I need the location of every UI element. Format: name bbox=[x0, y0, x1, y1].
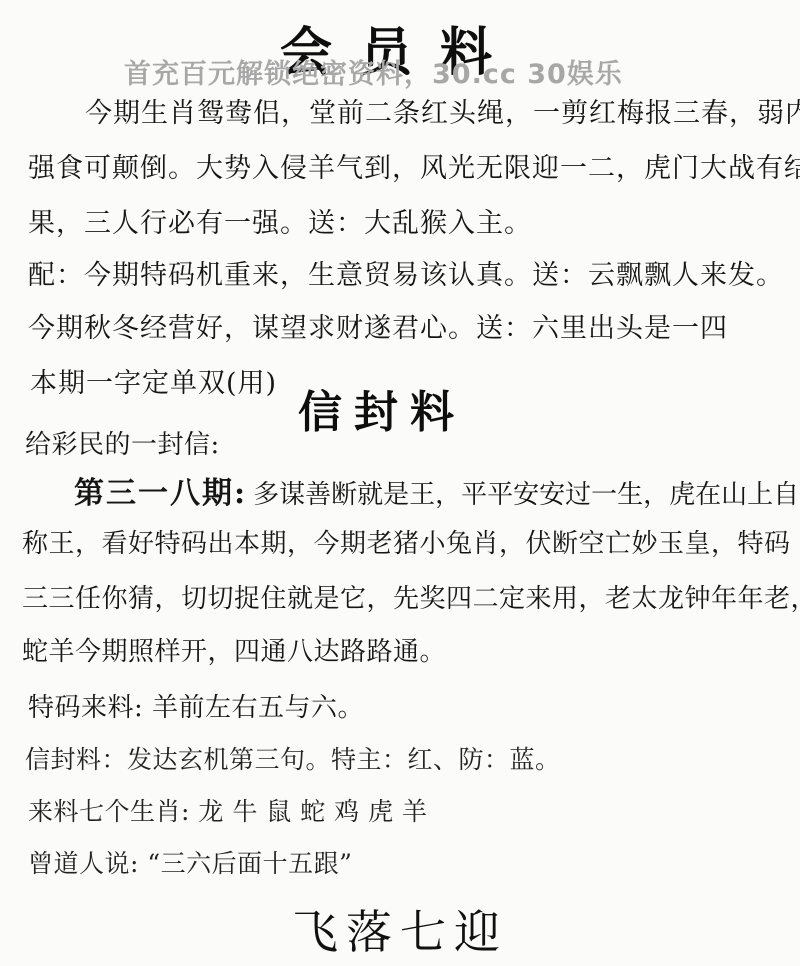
member-line: 今期生肖鸳鸯侣，堂前二条红头绳，一剪红梅报三春，弱内 bbox=[85, 91, 800, 130]
special-code-line: 特码来料: 羊前左右五与六。 bbox=[28, 687, 364, 724]
master-quote-line: 曾道人说: “三六后面十五跟” bbox=[28, 844, 352, 880]
footer-title: 飞落七迎 bbox=[0, 896, 800, 962]
member-line: 配：今期特码机重来，生意贸易该认真。送：云飘飘人来发。 bbox=[28, 253, 784, 292]
issue-text: 多谋善断就是王，平平安安过一生，虎在山上自 bbox=[253, 480, 799, 510]
member-line: 强食可颠倒。大势入侵羊气到，风光无限迎一二，虎门大战有结 bbox=[28, 146, 800, 185]
member-line: 本期一字定单双(用) bbox=[30, 361, 277, 400]
issue-number-label: 第三一八期: bbox=[74, 476, 247, 511]
document-page: 会员料 首充百元解锁绝密资料，30.cc 30娱乐 今期生肖鸳鸯侣，堂前二条红头… bbox=[0, 0, 800, 966]
zodiac-line: 来料七个生肖: 龙 牛 鼠 蛇 鸡 虎 羊 bbox=[28, 792, 428, 828]
letter-intro: 给彩民的一封信: bbox=[25, 424, 220, 461]
envelope-section-title: 信封料 bbox=[298, 376, 466, 440]
member-line: 果，三人行必有一强。送：大乱猴入主。 bbox=[28, 201, 532, 240]
envelope-line: 称王，看好特码出本期，今期老猪小兔肖，伏断空亡妙玉皇，特码 bbox=[22, 523, 791, 560]
watermark-text: 首充百元解锁绝密资料，30.cc 30娱乐 bbox=[124, 52, 623, 91]
issue-line: 第三一八期:多谋善断就是王，平平安安过一生，虎在山上自 bbox=[74, 468, 799, 512]
envelope-line: 三三任你猜，切切捉住就是它，先奖四二定来用，老太龙钟年年老， bbox=[22, 578, 800, 615]
envelope-line: 蛇羊今期照样开，四通八达路路通。 bbox=[22, 631, 446, 668]
envelope-hint-line: 信封料：发达玄机第三句。特主：红、防：蓝。 bbox=[25, 740, 561, 776]
member-line: 今期秋冬经营好，谋望求财遂君心。送：六里出头是一四 bbox=[28, 306, 728, 345]
